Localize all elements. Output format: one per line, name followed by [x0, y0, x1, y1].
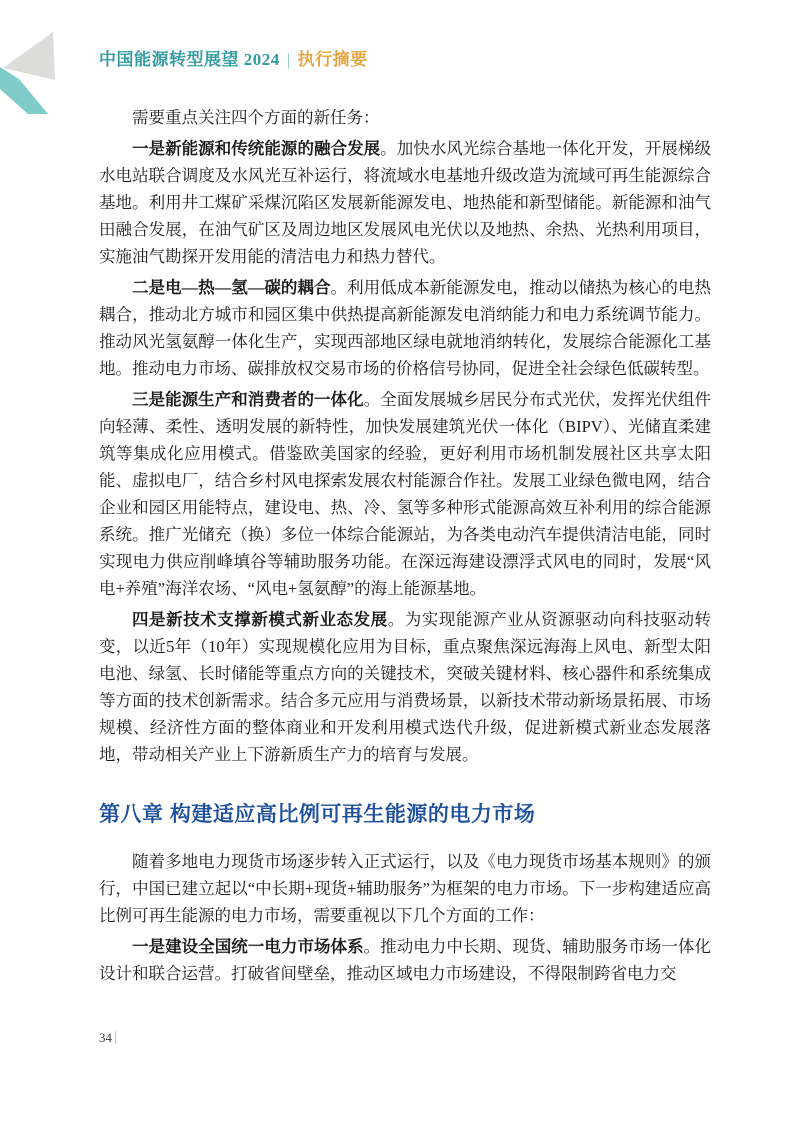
task-paragraph-2: 二是电—热—氢—碳的耦合。利用低成本新能源发电，推动以储热为核心的电热耦合，推动…	[99, 274, 711, 382]
chapter-item-1-lead: 一是建设全国统一电力市场体系	[132, 937, 364, 956]
task-4-text: 。为实现能源产业从资源驱动向科技驱动转变，以近5年（10年）实现规模化应用为目标…	[99, 610, 711, 764]
page-content: 需要重点关注四个方面的新任务： 一是新能源和传统能源的融合发展。加快水风光综合基…	[99, 104, 711, 991]
footer-divider	[115, 1031, 116, 1044]
logo-gray-shape	[3, 32, 55, 80]
task-3-text: 。全面发展城乡居民分布式光伏，发挥光伏组件向轻薄、柔性、透明发展的新特性，加快发…	[99, 390, 711, 598]
intro-paragraph: 需要重点关注四个方面的新任务：	[99, 104, 711, 131]
document-page: 中国能源转型展望 2024|执行摘要 需要重点关注四个方面的新任务： 一是新能源…	[0, 0, 793, 1121]
header-subtitle: 执行摘要	[298, 50, 368, 69]
task-paragraph-4: 四是新技术支撑新模式新业态发展。为实现能源产业从资源驱动向科技驱动转变，以近5年…	[99, 606, 711, 768]
header-title: 中国能源转型展望 2024	[99, 50, 280, 69]
page-footer: 34	[99, 1030, 116, 1046]
logo-arrow-icon	[0, 14, 62, 124]
document-header: 中国能源转型展望 2024|执行摘要	[99, 45, 368, 70]
chapter-item-paragraph-1: 一是建设全国统一电力市场体系。推动电力中长期、现货、辅助服务市场一体化设计和联合…	[99, 933, 711, 987]
task-3-lead: 三是能源生产和消费者的一体化	[132, 390, 364, 409]
task-4-lead: 四是新技术支撑新模式新业态发展	[132, 610, 388, 629]
task-paragraph-1: 一是新能源和传统能源的融合发展。加快水风光综合基地一体化开发，开展梯级水电站联合…	[99, 135, 711, 270]
task-1-text: 。加快水风光综合基地一体化开发，开展梯级水电站联合调度及水风光互补运行，将流域水…	[99, 139, 711, 266]
task-paragraph-3: 三是能源生产和消费者的一体化。全面发展城乡居民分布式光伏，发挥光伏组件向轻薄、柔…	[99, 386, 711, 602]
header-separator: |	[287, 50, 291, 69]
page-number: 34	[99, 1030, 112, 1045]
task-1-lead: 一是新能源和传统能源的融合发展	[132, 139, 380, 158]
chapter-intro-paragraph: 随着多地电力现货市场逐步转入正式运行，以及《电力现货市场基本规则》的颁行，中国已…	[99, 848, 711, 929]
task-2-lead: 二是电—热—氢—碳的耦合	[132, 278, 331, 297]
chapter-heading: 第八章 构建适应高比例可再生能源的电力市场	[99, 802, 711, 828]
